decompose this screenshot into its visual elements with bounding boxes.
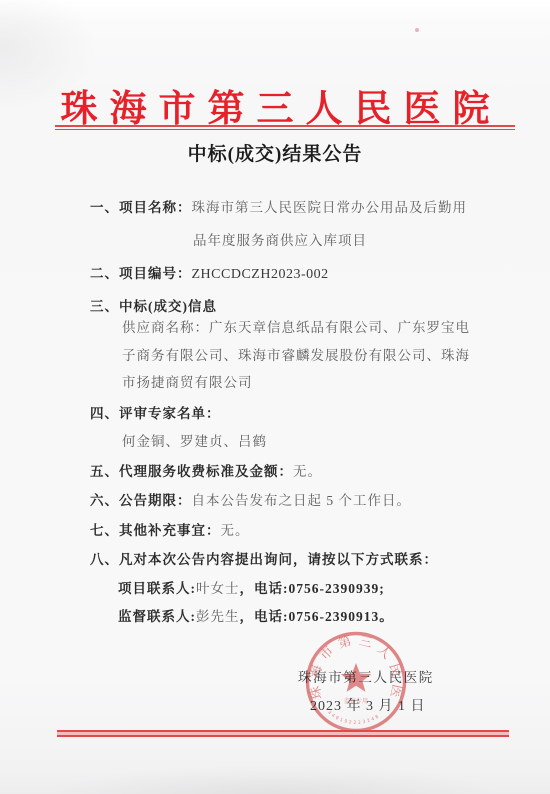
supplier-names-part1: 供应商名称：广东天章信息纸品有限公司、广东罗宝电 — [122, 320, 470, 335]
official-seal-stamp: 珠海市第三人民医院 监察专用 440192223248 — [293, 619, 419, 745]
supplier-line1: 供应商名称：广东天章信息纸品有限公司、广东罗宝电 — [122, 316, 470, 336]
item1-label: 一、项目名称： — [90, 200, 192, 215]
item5-label: 五、代理服务收费标准及金额： — [90, 464, 293, 479]
hospital-name-heading: 珠海市第三人民医院 — [0, 78, 550, 132]
item7-label: 七、其他补充事宜： — [90, 523, 221, 538]
item1-line1: 一、项目名称：珠海市第三人民医院日常办公用品及后勤用 — [90, 196, 467, 216]
supplier-names-part3: 市扬捷商贸有限公司 — [122, 375, 253, 390]
contact1-line: 项目联系人:叶女士，电话:0756-2390939; — [118, 577, 385, 597]
item5-line: 五、代理服务收费标准及金额：无。 — [90, 460, 322, 480]
item3-label: 三、中标(成交)信息 — [90, 299, 217, 314]
seal-star-icon — [341, 663, 371, 692]
supplier-line2: 子商务有限公司、珠海市睿麟发展股份有限公司、珠海 — [122, 344, 470, 364]
experts-line: 何金铜、罗建贞、吕鹤 — [122, 430, 267, 450]
announcement-title: 中标(成交)结果公告 — [0, 139, 550, 166]
item2-label: 二、项目编号： — [90, 266, 192, 281]
item1-value-part1: 珠海市第三人民医院日常办公用品及后勤用 — [192, 200, 468, 215]
seal-sub-text: 监察专用 — [344, 697, 368, 705]
item6-value: 自本公告发布之日起 5 个工作日。 — [192, 493, 412, 508]
item5-value: 无。 — [293, 464, 322, 479]
item4-line: 四、评审专家名单： — [90, 402, 221, 422]
red-double-rule-bottom — [57, 730, 509, 737]
supplier-names-part2: 子商务有限公司、珠海市睿麟发展股份有限公司、珠海 — [122, 348, 470, 363]
document-page: 珠海市第三人民医院 中标(成交)结果公告 一、项目名称：珠海市第三人民医院日常办… — [0, 0, 550, 794]
contact1-name: 叶女士 — [196, 581, 240, 596]
item6-label: 六、公告期限： — [90, 493, 192, 508]
item7-value: 无。 — [221, 523, 250, 538]
contact2-name: 彭先生 — [196, 609, 240, 624]
red-double-rule-top — [55, 125, 515, 130]
contact1-phone: ，电话:0756-2390939; — [240, 581, 385, 596]
item8-line: 八、凡对本次公告内容提出询问，请按以下方式联系： — [90, 548, 438, 568]
item6-line: 六、公告期限：自本公告发布之日起 5 个工作日。 — [90, 489, 411, 509]
item4-label: 四、评审专家名单： — [90, 406, 221, 421]
item3-line: 三、中标(成交)信息 — [90, 295, 217, 315]
item1-line2: 品年度服务商供应入库项目 — [193, 229, 367, 249]
item7-line: 七、其他补充事宜：无。 — [90, 519, 250, 539]
project-number: ZHCCDCZH2023-002 — [192, 267, 329, 282]
item1-value-part2: 品年度服务商供应入库项目 — [193, 233, 367, 248]
expert-names: 何金铜、罗建贞、吕鹤 — [122, 434, 267, 449]
contact1-label: 项目联系人: — [118, 581, 196, 596]
contact2-label: 监督联系人: — [118, 609, 196, 624]
scan-speck — [415, 28, 419, 32]
item8-label: 八、凡对本次公告内容提出询问，请按以下方式联系： — [90, 552, 438, 567]
supplier-line3: 市扬捷商贸有限公司 — [122, 371, 253, 391]
item2-line: 二、项目编号：ZHCCDCZH2023-002 — [90, 262, 329, 283]
